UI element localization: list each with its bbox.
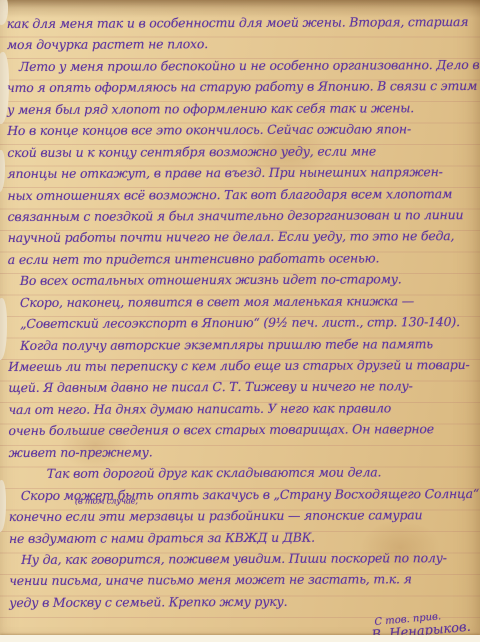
- scanned-letter-page: как для меня так и в особенности для мое…: [0, 0, 480, 642]
- scan-vignette: [0, 0, 480, 642]
- scan-bottom-edge: [0, 635, 480, 642]
